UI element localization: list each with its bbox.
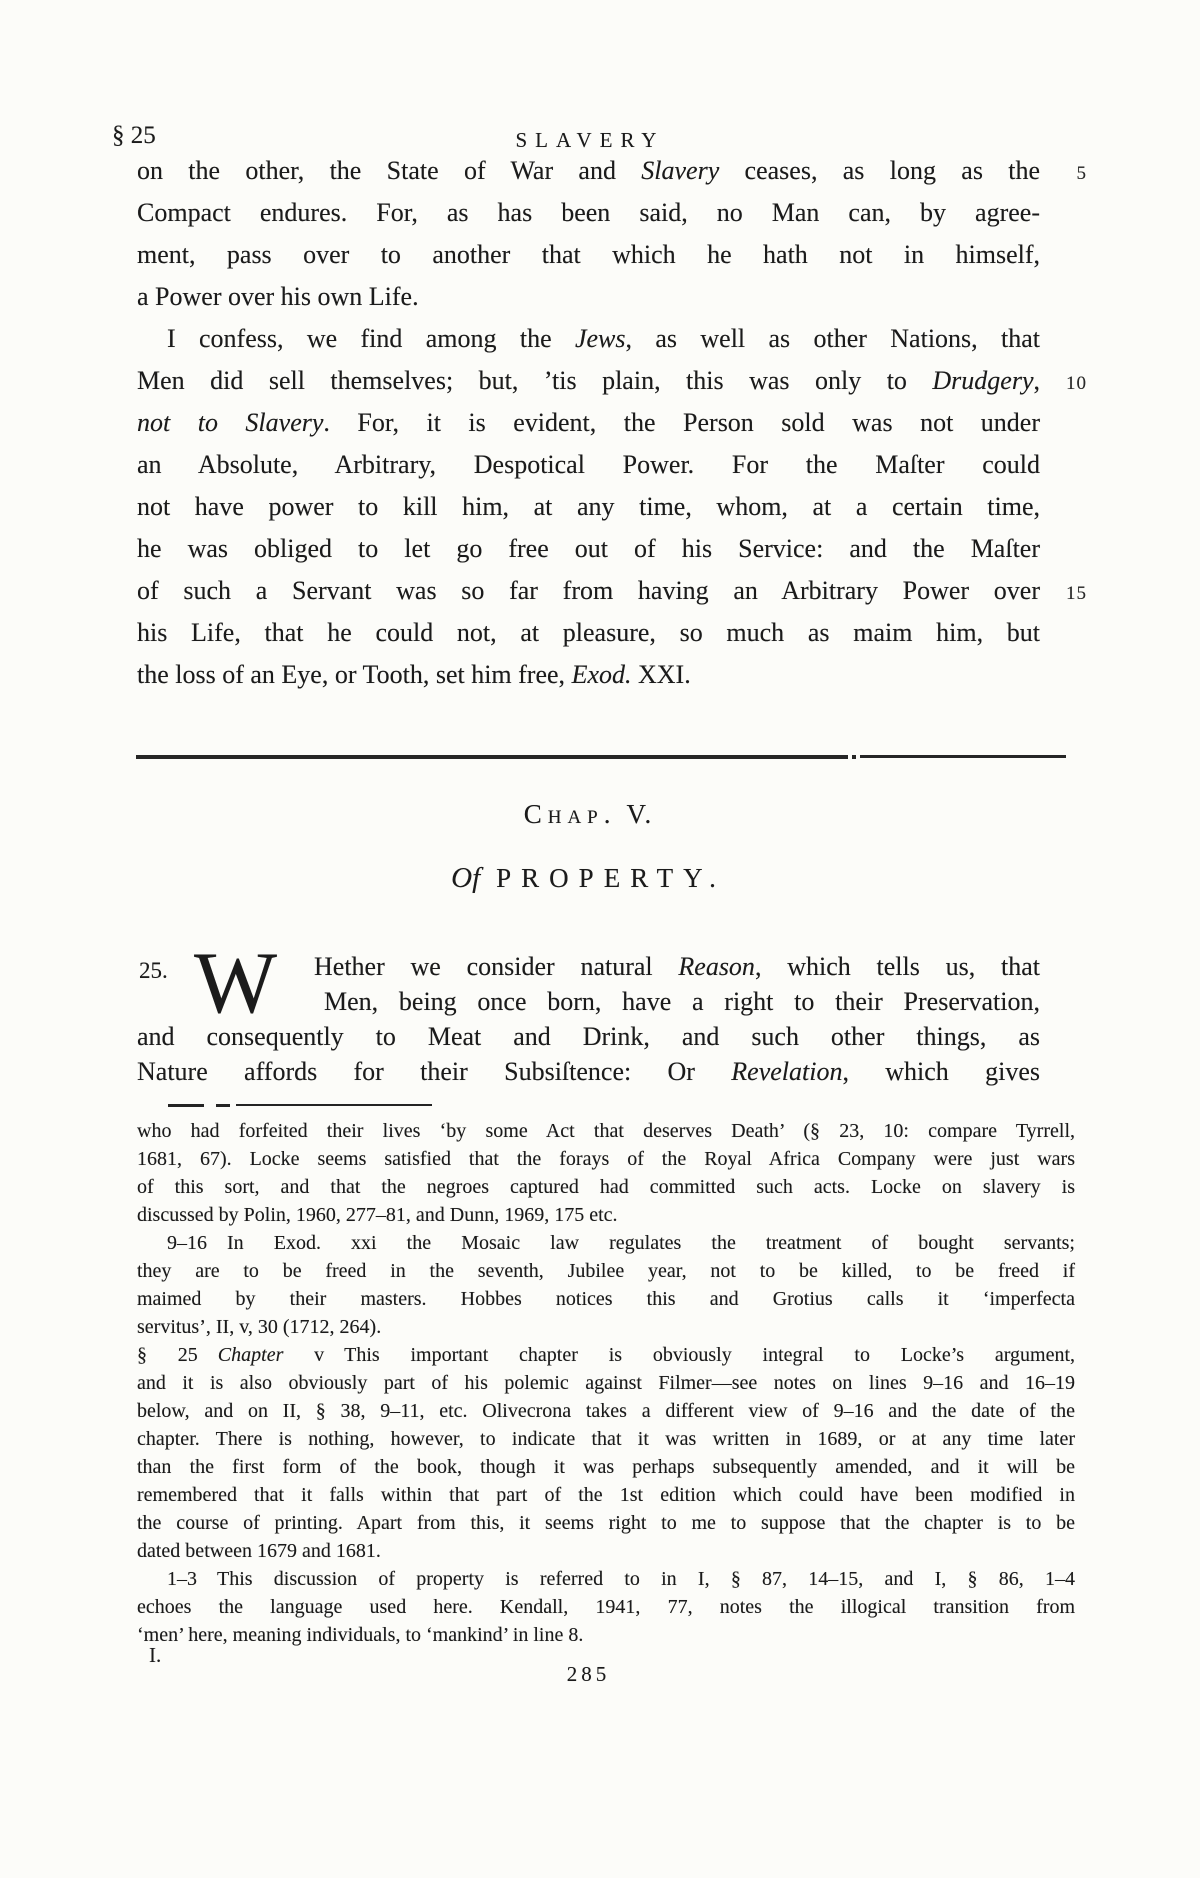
text-run: not have power to kill him, at any time,… (137, 492, 1040, 521)
text-line: ‘men’ here, meaning individuals, to ‘man… (137, 1621, 1075, 1649)
italic-text-run: Reason (678, 952, 755, 981)
text-line: of such a Servant was so far from having… (137, 570, 1040, 612)
text-line: below, and on II, § 38, 9–11, etc. Olive… (137, 1397, 1075, 1425)
page-number: 285 (567, 1662, 611, 1686)
chapter-title: OfPROPERTY. (137, 862, 1040, 895)
text-line: of this sort, and that the negroes captu… (137, 1173, 1075, 1201)
text-run: 1681, 67). Locke seems satisfied that th… (137, 1148, 1075, 1170)
running-section-marker: § 25 (112, 122, 156, 150)
text-run: maimed by their masters. Hobbes notices … (137, 1288, 1075, 1310)
text-run: who had forfeited their lives ‘by some A… (137, 1120, 1075, 1142)
text-line: ment, pass over to another that which he… (137, 234, 1040, 276)
text-line: who had forfeited their lives ‘by some A… (137, 1117, 1075, 1145)
text-run: and consequently to Meat and Drink, and … (137, 1022, 1040, 1051)
footnote-separator-rule (168, 1104, 438, 1108)
text-run: servitus’, II, v, 30 (1712, 264). (137, 1316, 381, 1338)
text-run: 1–3 This discussion of property is refer… (167, 1568, 1075, 1590)
text-run: an Absolute, Arbitrary, Despotical Power… (137, 450, 1040, 479)
page-number-row: 285 (137, 1662, 1040, 1687)
text-run: on the other, the State of War and (137, 156, 641, 185)
footnote-lines-1-3: 1–3 This discussion of property is refer… (137, 1565, 1075, 1649)
paragraph-slavery-continuation: on the other, the State of War and Slave… (137, 150, 1040, 318)
text-line: the course of printing. Apart from this,… (137, 1509, 1075, 1537)
text-line: 1–3 This discussion of property is refer… (137, 1565, 1075, 1593)
separator-dash (168, 1104, 204, 1107)
text-run: dated between 1679 and 1681. (137, 1540, 381, 1562)
text-run: XXI. (631, 660, 690, 689)
text-line: Men did sell themselves; but, ’tis plain… (137, 360, 1040, 402)
text-line: he was obliged to let go free out of his… (137, 528, 1040, 570)
text-run: below, and on II, § 38, 9–11, etc. Olive… (137, 1400, 1075, 1422)
text-line: the loss of an Eye, or Tooth, set him fr… (137, 654, 1040, 696)
book-page: § 25 SLAVERY on the other, the State of … (0, 0, 1200, 1878)
text-run: Men did sell themselves; but, ’tis plain… (137, 366, 932, 395)
chapter-label: Chap. (524, 799, 617, 829)
footnote-section-25: § 25 Chapter v This important chapter is… (137, 1341, 1075, 1565)
margin-line-number: 10 (1066, 363, 1087, 405)
text-run: a Power over his own Life. (137, 282, 419, 311)
text-line: and it is also obviously part of his pol… (137, 1369, 1075, 1397)
chapter-heading: Chap.V. (137, 799, 1040, 830)
italic-text-run: not to Slavery (137, 408, 323, 437)
italic-text-run: Chapter (218, 1344, 284, 1366)
text-run: echoes the language used here. Kendall, … (137, 1596, 1075, 1618)
text-line: they are to be freed in the seventh, Jub… (137, 1257, 1075, 1285)
italic-text-run: Drudgery (932, 366, 1033, 395)
text-run: § 25 (137, 1344, 218, 1366)
text-line: 9–16 In Exod. xxi the Mosaic law regulat… (137, 1229, 1075, 1257)
divider-dot (852, 755, 856, 759)
text-line: and consequently to Meat and Drink, and … (137, 1019, 1040, 1054)
text-run: Men, being once born, have a right to th… (324, 987, 1040, 1016)
footnote-continuation: who had forfeited their lives ‘by some A… (137, 1117, 1075, 1229)
text-run: of this sort, and that the negroes captu… (137, 1176, 1075, 1198)
text-line: a Power over his own Life. (137, 276, 1040, 318)
text-run: Compact endures. For, as has been said, … (137, 198, 1040, 227)
text-run: and it is also obviously part of his pol… (137, 1372, 1075, 1394)
text-line: Nature affords for their Subsiſtence: Or… (137, 1054, 1040, 1089)
main-text: on the other, the State of War and Slave… (137, 150, 1040, 696)
text-line: maimed by their masters. Hobbes notices … (137, 1285, 1075, 1313)
text-run: they are to be freed in the seventh, Jub… (137, 1260, 1075, 1282)
text-line: I confess, we find among the Jews, as we… (137, 318, 1040, 360)
text-line: § 25 Chapter v This important chapter is… (137, 1341, 1075, 1369)
text-run: he was obliged to let go free out of his… (137, 534, 1040, 563)
separator-dash (216, 1104, 230, 1107)
text-run: than the first form of the book, though … (137, 1456, 1075, 1478)
italic-text-run: Exod. (572, 660, 632, 689)
text-line: 1681, 67). Locke seems satisfied that th… (137, 1145, 1075, 1173)
text-line: an Absolute, Arbitrary, Despotical Power… (137, 444, 1040, 486)
margin-line-number: 5 (1077, 153, 1088, 195)
text-run: the course of printing. Apart from this,… (137, 1512, 1075, 1534)
text-line: than the first form of the book, though … (137, 1453, 1075, 1481)
text-line: not have power to kill him, at any time,… (137, 486, 1040, 528)
text-run: , which tells us, that (755, 952, 1040, 981)
chapter-numeral: V. (627, 799, 654, 829)
separator-line (236, 1104, 432, 1106)
text-run: , which gives (842, 1057, 1040, 1086)
text-run: , as well as other Nations, that (626, 324, 1040, 353)
text-line: Men, being once born, have a right to th… (137, 984, 1040, 1019)
text-run: the loss of an Eye, or Tooth, set him fr… (137, 660, 572, 689)
chapter-title-main: PROPERTY. (496, 863, 726, 893)
text-run: Nature affords for their Subsiſtence: Or (137, 1057, 731, 1086)
text-run: ceases, as long as the (719, 156, 1040, 185)
text-line: chapter. There is nothing, however, to i… (137, 1425, 1075, 1453)
text-run: chapter. There is nothing, however, to i… (137, 1428, 1075, 1450)
italic-text-run: Jews (575, 324, 626, 353)
text-run: ‘men’ here, meaning individuals, to ‘man… (137, 1624, 583, 1646)
text-line: his Life, that he could not, at pleasure… (137, 612, 1040, 654)
text-line: not to Slavery. For, it is evident, the … (137, 402, 1040, 444)
text-line: Hether we consider natural Reason, which… (137, 949, 1040, 984)
footnotes-block: who had forfeited their lives ‘by some A… (137, 1117, 1075, 1649)
text-run: . For, it is evident, the Person sold wa… (323, 408, 1040, 437)
text-line: Compact endures. For, as has been said, … (137, 192, 1040, 234)
text-line: on the other, the State of War and Slave… (137, 150, 1040, 192)
text-run: 9–16 In Exod. xxi the Mosaic law regulat… (167, 1232, 1075, 1254)
text-line: echoes the language used here. Kendall, … (137, 1593, 1075, 1621)
divider-segment-left (136, 755, 848, 759)
italic-text-run: Slavery (641, 156, 719, 185)
text-run: his Life, that he could not, at pleasure… (137, 618, 1040, 647)
italic-text-run: Revelation (731, 1057, 842, 1086)
text-run: ment, pass over to another that which he… (137, 240, 1040, 269)
text-run: I confess, we find among the (167, 324, 575, 353)
text-run: v This important chapter is obviously in… (283, 1344, 1075, 1366)
chapter-title-of: Of (451, 862, 480, 894)
text-run: of such a Servant was so far from having… (137, 576, 1040, 605)
chapter-divider-rule (136, 755, 1066, 760)
text-run: remembered that it falls within that par… (137, 1484, 1075, 1506)
divider-segment-right (860, 755, 1066, 758)
text-line: dated between 1679 and 1681. (137, 1537, 1075, 1565)
text-line: servitus’, II, v, 30 (1712, 264). (137, 1313, 1075, 1341)
text-line: remembered that it falls within that par… (137, 1481, 1075, 1509)
section-25-paragraph: 25. W Hether we consider natural Reason,… (137, 949, 1040, 1089)
footnote-lines-9-16: 9–16 In Exod. xxi the Mosaic law regulat… (137, 1229, 1075, 1341)
text-line: discussed by Polin, 1960, 277–81, and Du… (137, 1201, 1075, 1229)
text-run: discussed by Polin, 1960, 277–81, and Du… (137, 1204, 618, 1226)
paragraph-i-confess: I confess, we find among the Jews, as we… (137, 318, 1040, 696)
text-run: , (1034, 366, 1041, 395)
margin-line-number: 15 (1066, 573, 1087, 615)
text-run: Hether we consider natural (314, 952, 678, 981)
